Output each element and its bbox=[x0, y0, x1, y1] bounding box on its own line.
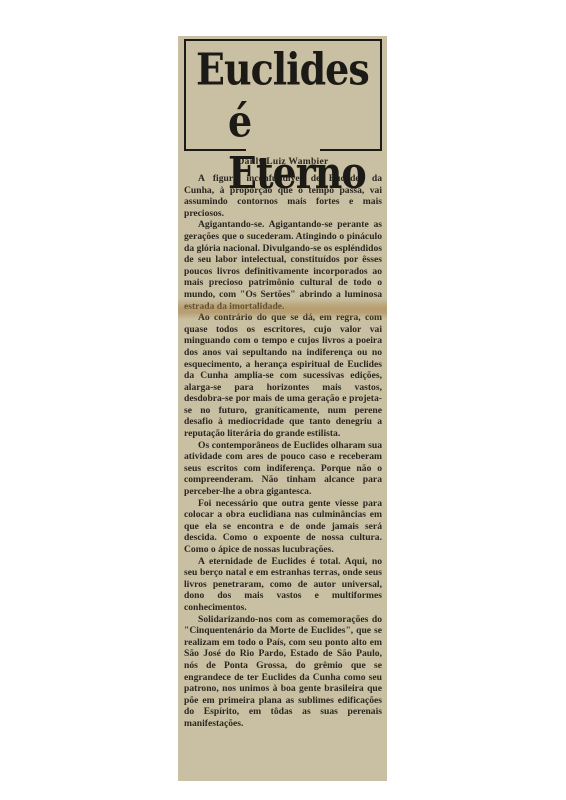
paragraph: A eternidade de Euclides é total. Aqui, … bbox=[184, 556, 382, 614]
headline-frame: Euclides é Eterno bbox=[184, 39, 382, 151]
newspaper-clipping: Euclides é Eterno Dailly Luiz Wambier A … bbox=[178, 36, 387, 781]
headline-line-2: é Eterno bbox=[228, 95, 380, 199]
paragraph: Os contemporâneos de Euclides olharam su… bbox=[184, 440, 382, 498]
headline-line-1: Euclides bbox=[196, 43, 369, 95]
paragraph: Foi necessário que outra gente viesse pa… bbox=[184, 498, 382, 556]
article-body: A figura inconfundível de Euclides da Cu… bbox=[184, 173, 382, 730]
paragraph: Agigantando-se. Agigantando-se perante a… bbox=[184, 219, 382, 312]
paragraph: Solidarizando-nos com as comemorações do… bbox=[184, 614, 382, 730]
paragraph: Ao contrário do que se dá, em regra, com… bbox=[184, 312, 382, 440]
